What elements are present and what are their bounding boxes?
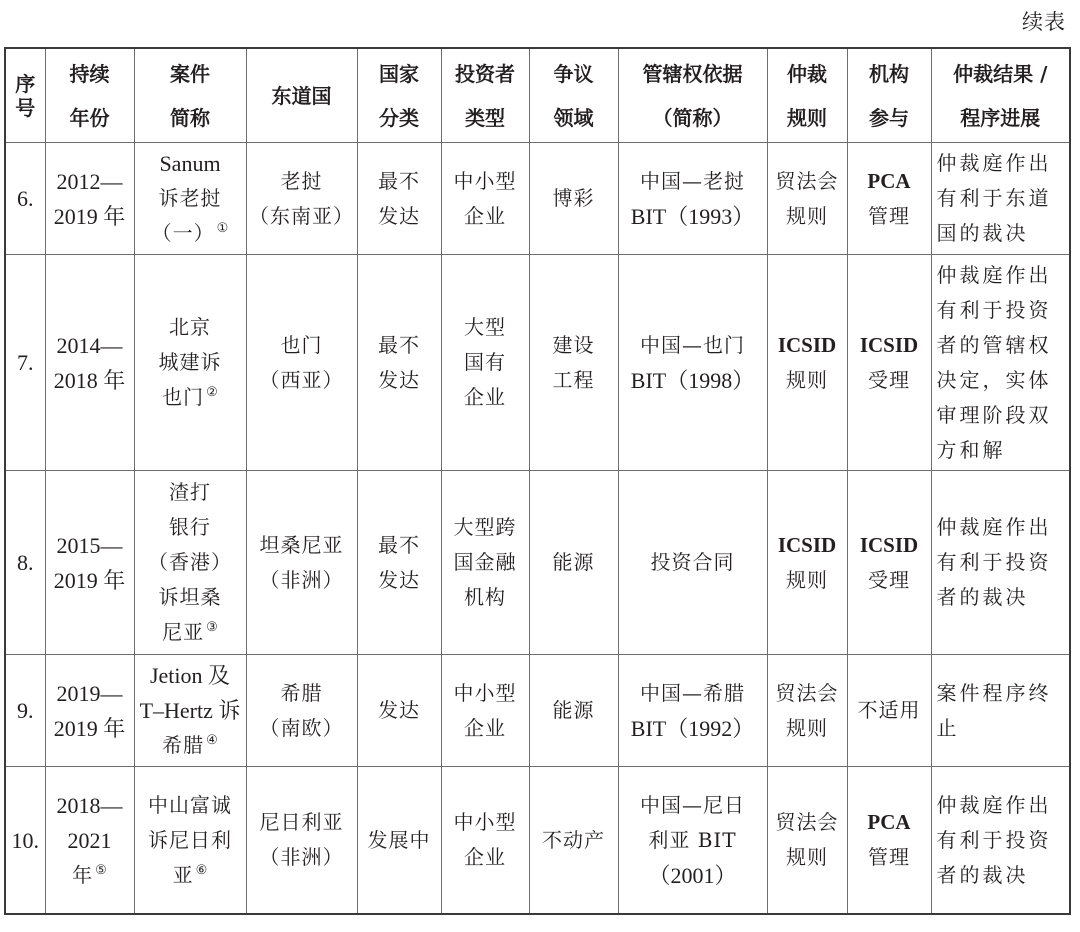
cell-case-name: 渣打 银行 （香港） 诉坦桑 尼亚③ bbox=[134, 471, 246, 655]
cell-duration: 2018— 2021 年⑤ bbox=[45, 767, 134, 915]
cell-jurisdiction-basis: 中国—老挝 BIT（1993） bbox=[618, 143, 767, 255]
cell-jurisdiction-basis: 中国—尼日 利亚 BIT （2001） bbox=[618, 767, 767, 915]
cell-country-class: 最不 发达 bbox=[357, 471, 441, 655]
footnote-marker: ② bbox=[206, 385, 218, 400]
cell-jurisdiction-basis: 中国—也门 BIT（1998） bbox=[618, 255, 767, 471]
cell-investor-type: 中小型 企业 bbox=[441, 655, 529, 767]
cell-index: 8. bbox=[5, 471, 45, 655]
header-index: 序 号 bbox=[5, 48, 45, 143]
cell-index: 6. bbox=[5, 143, 45, 255]
cell-investor-type: 大型 国有 企业 bbox=[441, 255, 529, 471]
cell-index: 7. bbox=[5, 255, 45, 471]
cell-investor-type: 中小型 企业 bbox=[441, 143, 529, 255]
cell-institution: ICSID 受理 bbox=[847, 471, 931, 655]
cell-institution: PCA 管理 bbox=[847, 143, 931, 255]
cell-outcome: 仲裁庭作出 有利于投资 者的管辖权 决定，实体 审理阶段双 方和解 bbox=[931, 255, 1070, 471]
header-row: 序 号 持续 年份 案件 简称 东道国 国家 分类 投资者 类型 bbox=[5, 48, 1070, 143]
header-country-class: 国家 分类 bbox=[357, 48, 441, 143]
header-host-state: 东道国 bbox=[246, 48, 357, 143]
cell-arbitration-rules: 贸法会 规则 bbox=[767, 655, 847, 767]
cell-institution: ICSID 受理 bbox=[847, 255, 931, 471]
footnote-marker: ① bbox=[217, 221, 229, 236]
cell-index: 9. bbox=[5, 655, 45, 767]
cell-host-state: 尼日利亚 （非洲） bbox=[246, 767, 357, 915]
cell-institution: PCA 管理 bbox=[847, 767, 931, 915]
cell-host-state: 希腊 （南欧） bbox=[246, 655, 357, 767]
cell-jurisdiction-basis: 中国—希腊 BIT（1992） bbox=[618, 655, 767, 767]
cell-arbitration-rules: ICSID 规则 bbox=[767, 471, 847, 655]
arbitration-cases-table: 序 号 持续 年份 案件 简称 东道国 国家 分类 投资者 类型 bbox=[4, 47, 1071, 915]
cell-outcome: 仲裁庭作出 有利于东道 国的裁决 bbox=[931, 143, 1070, 255]
cell-country-class: 最不 发达 bbox=[357, 255, 441, 471]
cell-investor-type: 大型跨 国金融 机构 bbox=[441, 471, 529, 655]
table-row: 8. 2015— 2019 年 渣打 银行 （香港） 诉坦桑 尼亚③ 坦桑尼亚 … bbox=[5, 471, 1070, 655]
cell-dispute-field: 博彩 bbox=[529, 143, 618, 255]
cell-country-class: 发展中 bbox=[357, 767, 441, 915]
footnote-marker: ③ bbox=[206, 620, 218, 635]
cell-host-state: 老挝 （东南亚） bbox=[246, 143, 357, 255]
cell-case-name: Sanum 诉老挝 （一）① bbox=[134, 143, 246, 255]
cell-arbitration-rules: 贸法会 规则 bbox=[767, 767, 847, 915]
cell-duration: 2019— 2019 年 bbox=[45, 655, 134, 767]
cell-duration: 2014— 2018 年 bbox=[45, 255, 134, 471]
cell-case-name: Jetion 及 T–Hertz 诉 希腊④ bbox=[134, 655, 246, 767]
cell-outcome: 案件程序终 止 bbox=[931, 655, 1070, 767]
header-investor-type: 投资者 类型 bbox=[441, 48, 529, 143]
cell-host-state: 也门 （西亚） bbox=[246, 255, 357, 471]
cell-duration: 2012— 2019 年 bbox=[45, 143, 134, 255]
cell-dispute-field: 能源 bbox=[529, 655, 618, 767]
header-institution: 机构 参与 bbox=[847, 48, 931, 143]
header-arbitration-rules: 仲裁 规则 bbox=[767, 48, 847, 143]
cell-jurisdiction-basis: 投资合同 bbox=[618, 471, 767, 655]
cell-investor-type: 中小型 企业 bbox=[441, 767, 529, 915]
cell-country-class: 最不 发达 bbox=[357, 143, 441, 255]
cell-dispute-field: 不动产 bbox=[529, 767, 618, 915]
cell-dispute-field: 能源 bbox=[529, 471, 618, 655]
cell-index: 10. bbox=[5, 767, 45, 915]
footnote-marker: ⑥ bbox=[196, 863, 208, 878]
cell-case-name: 北京 城建诉 也门② bbox=[134, 255, 246, 471]
header-dispute-field: 争议 领域 bbox=[529, 48, 618, 143]
table-row: 9. 2019— 2019 年 Jetion 及 T–Hertz 诉 希腊④ 希… bbox=[5, 655, 1070, 767]
cell-host-state: 坦桑尼亚 （非洲） bbox=[246, 471, 357, 655]
cell-country-class: 发达 bbox=[357, 655, 441, 767]
header-outcome: 仲裁结果 / 程序进展 bbox=[931, 48, 1070, 143]
footnote-marker: ⑤ bbox=[95, 863, 107, 878]
cell-arbitration-rules: 贸法会 规则 bbox=[767, 143, 847, 255]
table-row: 10. 2018— 2021 年⑤ 中山富诚 诉尼日利 亚⑥ 尼日利亚 （非洲）… bbox=[5, 767, 1070, 915]
header-duration: 持续 年份 bbox=[45, 48, 134, 143]
header-case-name: 案件 简称 bbox=[134, 48, 246, 143]
cell-outcome: 仲裁庭作出 有利于投资 者的裁决 bbox=[931, 767, 1070, 915]
cell-outcome: 仲裁庭作出 有利于投资 者的裁决 bbox=[931, 471, 1070, 655]
cell-institution: 不适用 bbox=[847, 655, 931, 767]
header-jurisdiction-basis: 管辖权依据 （简称） bbox=[618, 48, 767, 143]
cell-dispute-field: 建设 工程 bbox=[529, 255, 618, 471]
footnote-marker: ④ bbox=[206, 733, 218, 748]
cell-arbitration-rules: ICSID 规则 bbox=[767, 255, 847, 471]
cell-case-name: 中山富诚 诉尼日利 亚⑥ bbox=[134, 767, 246, 915]
table-continued-caption: 续表 bbox=[1022, 6, 1066, 36]
table-row: 7. 2014— 2018 年 北京 城建诉 也门② 也门 （西亚） 最不 发达… bbox=[5, 255, 1070, 471]
cell-duration: 2015— 2019 年 bbox=[45, 471, 134, 655]
table-row: 6. 2012— 2019 年 Sanum 诉老挝 （一）① 老挝 （东南亚） … bbox=[5, 143, 1070, 255]
